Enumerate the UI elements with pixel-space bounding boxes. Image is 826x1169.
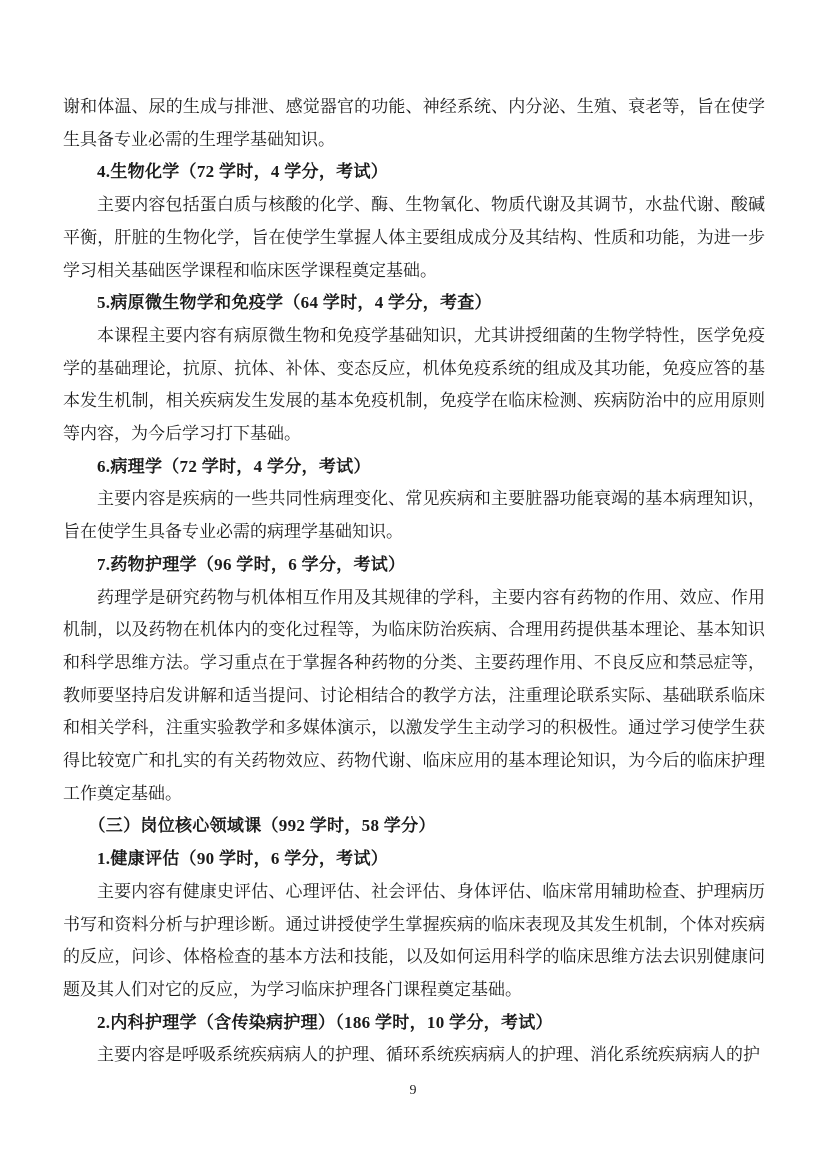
paragraph-continuation-physiology: 谢和体温、尿的生成与排泄、感觉器官的功能、神经系统、内分泌、生殖、衰老等，旨在使… [63, 91, 765, 156]
page-number: 9 [0, 1082, 826, 1100]
paragraph-internal-medicine-nursing: 主要内容是呼吸系统疾病病人的护理、循环系统疾病病人的护理、消化系统疾病病人的护 [63, 1039, 765, 1072]
course-heading-pharmacology-nursing: 7.药物护理学（96 学时，6 学分，考试） [63, 549, 765, 582]
paragraph-microbiology-immunology: 本课程主要内容有病原微生物和免疫学基础知识，尤其讲授细菌的生物学特性，医学免疫学… [63, 320, 765, 451]
section-heading-core-courses: （三）岗位核心领域课（992 学时，58 学分） [63, 810, 765, 843]
paragraph-pharmacology-nursing: 药理学是研究药物与机体相互作用及其规律的学科，主要内容有药物的作用、效应、作用机… [63, 582, 765, 811]
course-heading-health-assessment: 1.健康评估（90 学时，6 学分，考试） [63, 843, 765, 876]
course-heading-internal-medicine-nursing: 2.内科护理学（含传染病护理）（186 学时，10 学分，考试） [63, 1007, 765, 1040]
course-heading-microbiology-immunology: 5.病原微生物学和免疫学（64 学时，4 学分，考查） [63, 287, 765, 320]
paragraph-biochemistry: 主要内容包括蛋白质与核酸的化学、酶、生物氧化、物质代谢及其调节，水盐代谢、酸碱平… [63, 189, 765, 287]
paragraph-pathology: 主要内容是疾病的一些共同性病理变化、常见疾病和主要脏器功能衰竭的基本病理知识，旨… [63, 483, 765, 548]
paragraph-health-assessment: 主要内容有健康史评估、心理评估、社会评估、身体评估、临床常用辅助检查、护理病历书… [63, 876, 765, 1007]
course-heading-pathology: 6.病理学（72 学时，4 学分，考试） [63, 451, 765, 484]
document-page: 谢和体温、尿的生成与排泄、感觉器官的功能、神经系统、内分泌、生殖、衰老等，旨在使… [0, 0, 826, 1169]
document-body: 谢和体温、尿的生成与排泄、感觉器官的功能、神经系统、内分泌、生殖、衰老等，旨在使… [63, 91, 765, 1072]
course-heading-biochemistry: 4.生物化学（72 学时，4 学分，考试） [63, 156, 765, 189]
